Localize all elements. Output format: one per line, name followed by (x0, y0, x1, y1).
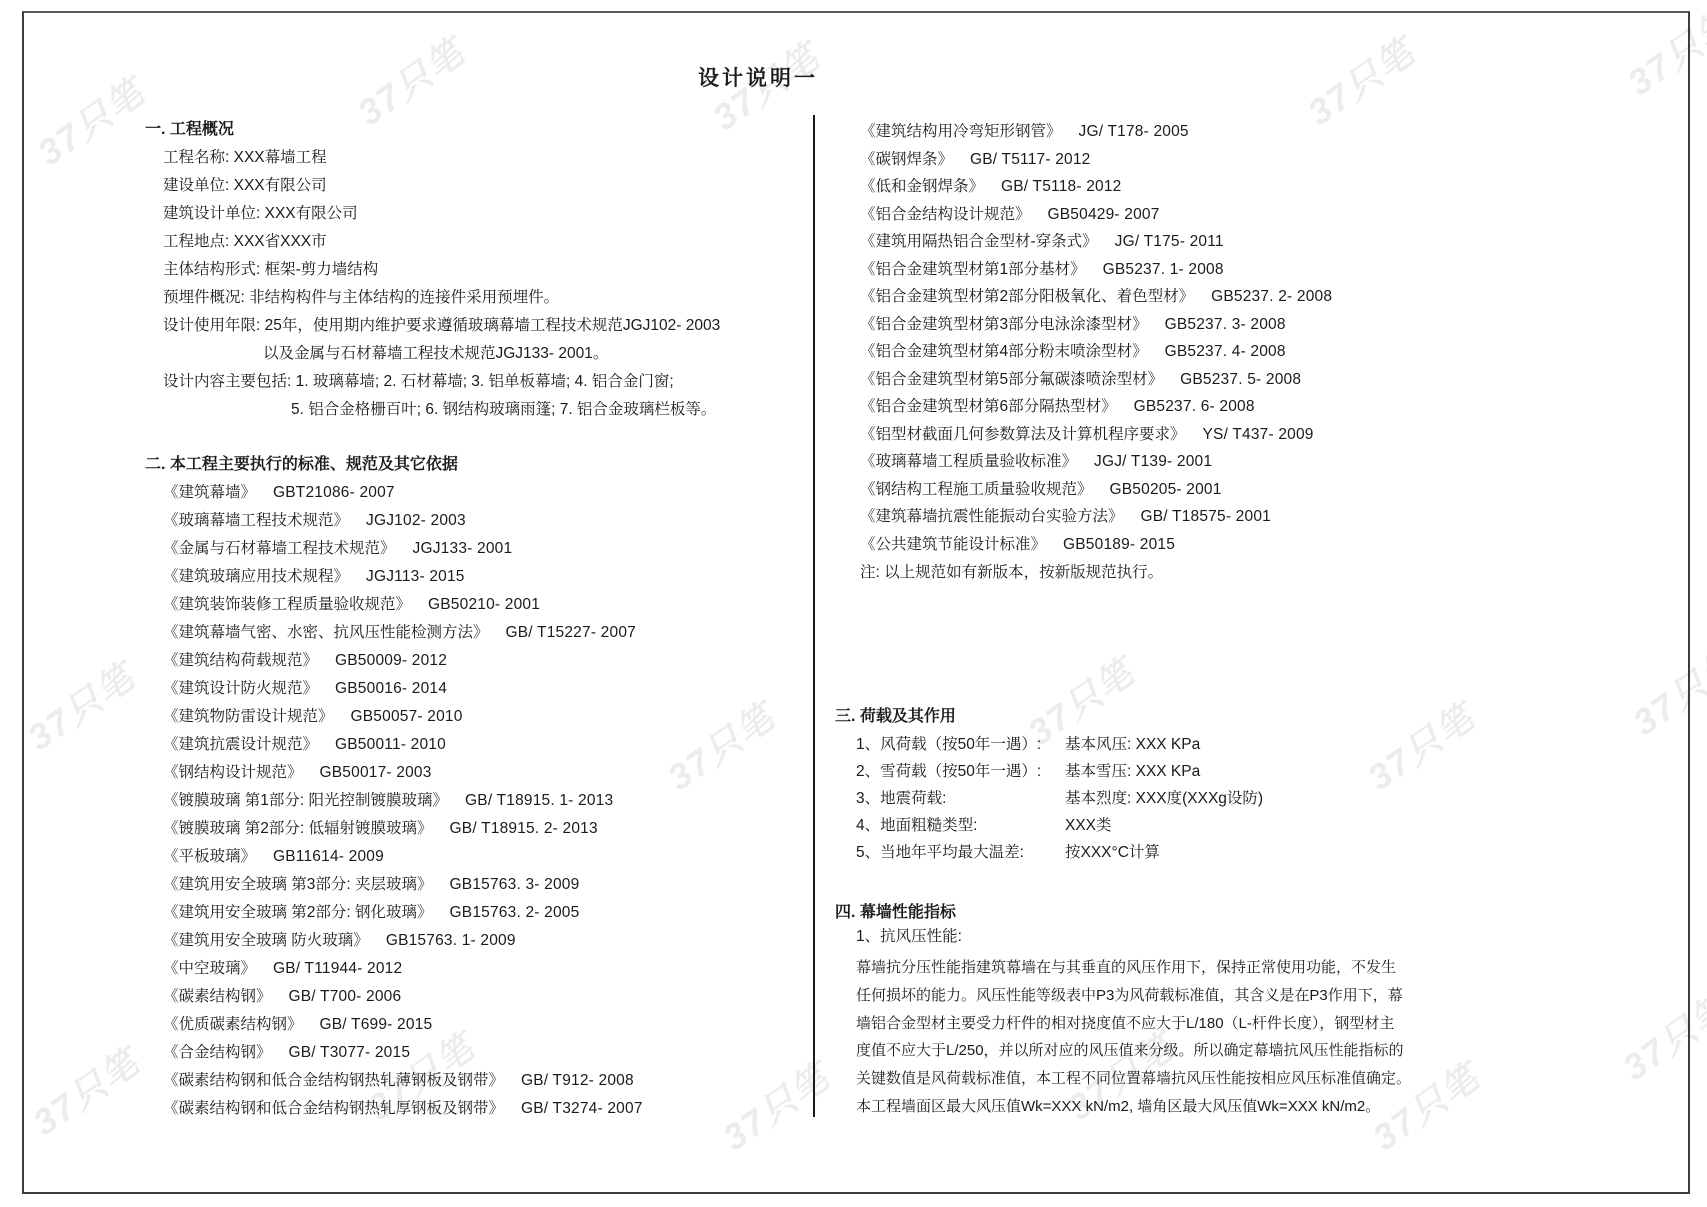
text-line: 5. 铝合金格栅百叶; 6. 钢结构玻璃雨篷; 7. 铝合金玻璃栏板等。 (163, 396, 720, 424)
standard-item: 《铝合金建筑型材第1部分基材》GB5237. 1- 2008 (860, 256, 1332, 284)
text-line: 设计使用年限: 25年，使用期内维护要求遵循玻璃幕墙工程技术规范JGJ102- … (163, 312, 720, 340)
standard-item: 《铝合金建筑型材第4部分粉末喷涂型材》GB5237. 4- 2008 (860, 338, 1332, 366)
section3-loads: 三. 荷载及其作用 1、风荷载（按50年一遇）: 基本风压: XXX KPa2、… (835, 703, 1041, 866)
standard-code: GB/ T5118- 2012 (1001, 178, 1121, 195)
standard-code: GB/ T11944- 2012 (273, 960, 402, 977)
standard-name: 《铝合金建筑型材第5部分氟碳漆喷涂型材》 (860, 371, 1163, 388)
standard-code: GB5237. 3- 2008 (1165, 316, 1286, 333)
standard-code: GB/ T3274- 2007 (521, 1100, 643, 1117)
load-row: 5、当地年平均最大温差: 按XXX°C计算 (856, 839, 1041, 866)
standard-code: GBT21086- 2007 (273, 484, 395, 501)
text-line: 任何损坏的能力。风压性能等级表中P3为风荷载标准值，其含义是在P3作用下，幕 (856, 982, 1411, 1010)
standard-code: GB/ T18575- 2001 (1141, 508, 1271, 525)
standard-code: JGJ113- 2015 (366, 568, 465, 585)
standard-code: YS/ T437- 2009 (1203, 426, 1314, 443)
load-row: 4、地面粗糙类型: XXX类 (856, 812, 1041, 839)
standard-item: 《建筑玻璃应用技术规程》JGJ113- 2015 (163, 563, 720, 591)
standard-name: 《建筑物防雷设计规范》 (163, 708, 334, 725)
load-value: 基本风压: XXX KPa (1065, 731, 1200, 758)
load-value: 按XXX°C计算 (1065, 839, 1160, 866)
page-title: 设计说明一 (0, 62, 1516, 92)
standard-name: 《镀膜玻璃 第2部分: 低辐射镀膜玻璃》 (163, 820, 433, 837)
section4-heading: 四. 幕墙性能指标 (835, 899, 956, 927)
standard-item: 《玻璃幕墙工程技术规范》JGJ102- 2003 (163, 507, 720, 535)
standard-name: 《镀膜玻璃 第1部分: 阳光控制镀膜玻璃》 (163, 792, 448, 809)
standard-code: GB/ T18915. 2- 2013 (450, 820, 598, 837)
standard-name: 《铝合金结构设计规范》 (860, 206, 1031, 223)
standard-name: 《建筑抗震设计规范》 (163, 736, 318, 753)
standard-name: 《建筑用安全玻璃 第3部分: 夹层玻璃》 (163, 876, 433, 893)
section1-lines: 工程名称: XXX幕墙工程建设单位: XXX有限公司建筑设计单位: XXX有限公… (145, 144, 720, 424)
load-rows: 1、风荷载（按50年一遇）: 基本风压: XXX KPa2、雪荷载（按50年一遇… (835, 731, 1041, 866)
standard-name: 《建筑幕墙气密、水密、抗风压性能检测方法》 (163, 624, 489, 641)
standard-code: JGJ/ T139- 2001 (1094, 453, 1212, 470)
standard-name: 《建筑结构用冷弯矩形钢管》 (860, 123, 1062, 140)
standard-item: 《碳素结构钢和低合金结构钢热轧厚钢板及钢带》GB/ T3274- 2007 (163, 1095, 720, 1123)
standard-code: JG/ T178- 2005 (1079, 123, 1189, 140)
text-line: 工程地点: XXX省XXX市 (163, 228, 720, 256)
load-row: 1、风荷载（按50年一遇）: 基本风压: XXX KPa (856, 731, 1041, 758)
standard-item: 《建筑抗震设计规范》GB50011- 2010 (163, 731, 720, 759)
standard-item: 《建筑幕墙气密、水密、抗风压性能检测方法》GB/ T15227- 2007 (163, 619, 720, 647)
load-value: 基本雪压: XXX KPa (1065, 758, 1200, 785)
text-line: 本工程墙面区最大风压值Wk=XXX kN/m2, 墙角区最大风压值Wk=XXX … (856, 1093, 1411, 1121)
standard-name: 《合金结构钢》 (163, 1044, 272, 1061)
right-standards-list: 《建筑结构用冷弯矩形钢管》JG/ T178- 2005《碳钢焊条》GB/ T51… (860, 118, 1332, 558)
text-line: 建设单位: XXX有限公司 (163, 172, 720, 200)
standard-item: 《中空玻璃》GB/ T11944- 2012 (163, 955, 720, 983)
standard-item: 《铝型材截面几何参数算法及计算机程序要求》YS/ T437- 2009 (860, 421, 1332, 449)
standard-code: GB15763. 2- 2005 (450, 904, 580, 921)
standard-code: JGJ102- 2003 (366, 512, 466, 529)
standard-code: GB50009- 2012 (335, 652, 447, 669)
standard-name: 《碳素结构钢和低合金结构钢热轧厚钢板及钢带》 (163, 1100, 504, 1117)
standard-item: 《低和金钢焊条》GB/ T5118- 2012 (860, 173, 1332, 201)
text-line: 以及金属与石材幕墙工程技术规范JGJ133- 2001。 (163, 340, 720, 368)
standard-name: 《公共建筑节能设计标准》 (860, 536, 1046, 553)
left-column: 一. 工程概况 工程名称: XXX幕墙工程建设单位: XXX有限公司建筑设计单位… (145, 116, 720, 1123)
load-label: 3、地震荷载: (856, 790, 946, 807)
standard-name: 《铝合金建筑型材第2部分阳极氧化、着色型材》 (860, 288, 1194, 305)
standard-name: 《铝合金建筑型材第3部分电泳涂漆型材》 (860, 316, 1148, 333)
standard-item: 《建筑用安全玻璃 第3部分: 夹层玻璃》GB15763. 3- 2009 (163, 871, 720, 899)
standard-name: 《建筑幕墙抗震性能振动台实验方法》 (860, 508, 1124, 525)
standard-code: GB50189- 2015 (1063, 536, 1175, 553)
standard-code: GB/ T700- 2006 (289, 988, 402, 1005)
standard-name: 《碳素结构钢和低合金结构钢热轧薄钢板及钢带》 (163, 1072, 504, 1089)
standard-item: 《碳钢焊条》GB/ T5117- 2012 (860, 146, 1332, 174)
standard-code: GB11614- 2009 (273, 848, 384, 865)
standard-code: GB50205- 2001 (1110, 481, 1222, 498)
standard-item: 《碳素结构钢》GB/ T700- 2006 (163, 983, 720, 1011)
standard-code: GB/ T3077- 2015 (289, 1044, 411, 1061)
section3-heading: 三. 荷载及其作用 (835, 703, 1041, 731)
standard-item: 《铝合金建筑型材第3部分电泳涂漆型材》GB5237. 3- 2008 (860, 311, 1332, 339)
load-label: 2、雪荷载（按50年一遇）: (856, 763, 1041, 780)
standard-name: 《建筑设计防火规范》 (163, 680, 318, 697)
standard-code: GB5237. 6- 2008 (1134, 398, 1255, 415)
standard-item: 《建筑用隔热铝合金型材-穿条式》JG/ T175- 2011 (860, 228, 1332, 256)
load-label: 5、当地年平均最大温差: (856, 844, 1024, 861)
standard-code: GB50011- 2010 (335, 736, 446, 753)
load-value: 基本烈度: XXX度(XXXg设防) (1065, 785, 1263, 812)
standard-name: 《优质碳素结构钢》 (163, 1016, 303, 1033)
right-column-standards: 《建筑结构用冷弯矩形钢管》JG/ T178- 2005《碳钢焊条》GB/ T51… (860, 118, 1332, 587)
standard-item: 《玻璃幕墙工程质量验收标准》JGJ/ T139- 2001 (860, 448, 1332, 476)
standard-item: 《建筑结构荷载规范》GB50009- 2012 (163, 647, 720, 675)
standard-name: 《建筑装饰装修工程质量验收规范》 (163, 596, 411, 613)
standard-name: 《建筑用安全玻璃 防火玻璃》 (163, 932, 369, 949)
standard-code: GB/ T18915. 1- 2013 (465, 792, 613, 809)
section4-subheading: 1、抗风压性能: (856, 925, 962, 949)
section2-heading: 二. 本工程主要执行的标准、规范及其它依据 (145, 451, 720, 479)
standard-name: 《铝型材截面几何参数算法及计算机程序要求》 (860, 426, 1186, 443)
standard-name: 《玻璃幕墙工程质量验收标准》 (860, 453, 1077, 470)
section2-standards-list: 《建筑幕墙》GBT21086- 2007《玻璃幕墙工程技术规范》JGJ102- … (145, 479, 720, 1123)
section4-paragraph: 幕墙抗分压性能指建筑幕墙在与其垂直的风压作用下，保持正常使用功能，不发生任何损坏… (856, 954, 1411, 1121)
standard-item: 《合金结构钢》GB/ T3077- 2015 (163, 1039, 720, 1067)
standard-name: 《建筑用隔热铝合金型材-穿条式》 (860, 233, 1098, 250)
standard-item: 《建筑用安全玻璃 第2部分: 钢化玻璃》GB15763. 2- 2005 (163, 899, 720, 927)
standard-name: 《钢结构设计规范》 (163, 764, 303, 781)
standard-code: GB50429- 2007 (1048, 206, 1160, 223)
text-line: 设计内容主要包括: 1. 玻璃幕墙; 2. 石材幕墙; 3. 铝单板幕墙; 4.… (163, 368, 720, 396)
standard-name: 《建筑用安全玻璃 第2部分: 钢化玻璃》 (163, 904, 433, 921)
column-divider (813, 115, 815, 1117)
standard-code: GB/ T912- 2008 (521, 1072, 634, 1089)
standard-code: GB/ T699- 2015 (320, 1016, 433, 1033)
standard-code: GB15763. 3- 2009 (450, 876, 580, 893)
standard-item: 《建筑幕墙》GBT21086- 2007 (163, 479, 720, 507)
load-label: 1、风荷载（按50年一遇）: (856, 736, 1041, 753)
standard-item: 《钢结构工程施工质量验收规范》GB50205- 2001 (860, 476, 1332, 504)
standard-item: 《建筑设计防火规范》GB50016- 2014 (163, 675, 720, 703)
standard-item: 《建筑幕墙抗震性能振动台实验方法》GB/ T18575- 2001 (860, 503, 1332, 531)
text-line: 关键数值是风荷载标准值，本工程不同位置幕墙抗风压性能按相应风压标准值确定。 (856, 1065, 1411, 1093)
standard-code: GB50057- 2010 (351, 708, 463, 725)
standard-code: GB5237. 5- 2008 (1180, 371, 1301, 388)
standard-name: 《碳钢焊条》 (860, 151, 953, 168)
standard-code: GB/ T15227- 2007 (506, 624, 636, 641)
standard-code: GB/ T5117- 2012 (970, 151, 1090, 168)
load-label: 4、地面粗糙类型: (856, 817, 977, 834)
standard-item: 《平板玻璃》GB11614- 2009 (163, 843, 720, 871)
standard-item: 《金属与石材幕墙工程技术规范》JGJ133- 2001 (163, 535, 720, 563)
standard-name: 《钢结构工程施工质量验收规范》 (860, 481, 1093, 498)
standard-item: 《公共建筑节能设计标准》GB50189- 2015 (860, 531, 1332, 559)
standard-code: GB5237. 1- 2008 (1103, 261, 1224, 278)
standard-code: GB5237. 2- 2008 (1211, 288, 1332, 305)
standard-item: 《建筑物防雷设计规范》GB50057- 2010 (163, 703, 720, 731)
standard-item: 《镀膜玻璃 第1部分: 阳光控制镀膜玻璃》GB/ T18915. 1- 2013 (163, 787, 720, 815)
standard-code: GB50017- 2003 (320, 764, 432, 781)
text-line: 工程名称: XXX幕墙工程 (163, 144, 720, 172)
standard-item: 《铝合金建筑型材第6部分隔热型材》GB5237. 6- 2008 (860, 393, 1332, 421)
standard-name: 《金属与石材幕墙工程技术规范》 (163, 540, 396, 557)
standard-item: 《铝合金建筑型材第5部分氟碳漆喷涂型材》GB5237. 5- 2008 (860, 366, 1332, 394)
standard-code: GB50016- 2014 (335, 680, 447, 697)
standard-name: 《平板玻璃》 (163, 848, 256, 865)
text-line: 建筑设计单位: XXX有限公司 (163, 200, 720, 228)
standard-item: 《钢结构设计规范》GB50017- 2003 (163, 759, 720, 787)
standard-code: GB50210- 2001 (428, 596, 540, 613)
standard-item: 《铝合金建筑型材第2部分阳极氧化、着色型材》GB5237. 2- 2008 (860, 283, 1332, 311)
standard-item: 《镀膜玻璃 第2部分: 低辐射镀膜玻璃》GB/ T18915. 2- 2013 (163, 815, 720, 843)
load-value: XXX类 (1065, 812, 1112, 839)
text-line: 预埋件概况: 非结构构件与主体结构的连接件采用预埋件。 (163, 284, 720, 312)
standard-name: 《建筑玻璃应用技术规程》 (163, 568, 349, 585)
load-row: 3、地震荷载: 基本烈度: XXX度(XXXg设防) (856, 785, 1041, 812)
standards-note: 注: 以上规范如有新版本，按新版规范执行。 (860, 559, 1332, 587)
standard-item: 《铝合金结构设计规范》GB50429- 2007 (860, 201, 1332, 229)
standard-code: JGJ133- 2001 (413, 540, 513, 557)
design-notes-sheet: { "page": { "title": "设计说明一" }, "waterma… (0, 0, 1707, 1207)
text-line: 墙铝合金型材主要受力杆件的相对挠度值不应大于L/180（L-杆件长度），钢型材主 (856, 1010, 1411, 1038)
section1-heading: 一. 工程概况 (145, 116, 720, 144)
text-line: 幕墙抗分压性能指建筑幕墙在与其垂直的风压作用下，保持正常使用功能，不发生 (856, 954, 1411, 982)
standard-name: 《玻璃幕墙工程技术规范》 (163, 512, 349, 529)
standard-code: GB5237. 4- 2008 (1165, 343, 1286, 360)
standard-item: 《建筑装饰装修工程质量验收规范》GB50210- 2001 (163, 591, 720, 619)
text-line: 度值不应大于L/250，并以所对应的风压值来分级。所以确定幕墙抗风压性能指标的 (856, 1037, 1411, 1065)
standard-name: 《铝合金建筑型材第1部分基材》 (860, 261, 1086, 278)
standard-name: 《碳素结构钢》 (163, 988, 272, 1005)
standard-name: 《铝合金建筑型材第6部分隔热型材》 (860, 398, 1117, 415)
standard-item: 《建筑用安全玻璃 防火玻璃》GB15763. 1- 2009 (163, 927, 720, 955)
standard-code: JG/ T175- 2011 (1115, 233, 1224, 250)
standard-name: 《铝合金建筑型材第4部分粉末喷涂型材》 (860, 343, 1148, 360)
standard-name: 《建筑结构荷载规范》 (163, 652, 318, 669)
text-line: 主体结构形式: 框架-剪力墙结构 (163, 256, 720, 284)
standard-name: 《中空玻璃》 (163, 960, 256, 977)
standard-code: GB15763. 1- 2009 (386, 932, 516, 949)
standard-name: 《建筑幕墙》 (163, 484, 256, 501)
standard-item: 《建筑结构用冷弯矩形钢管》JG/ T178- 2005 (860, 118, 1332, 146)
load-row: 2、雪荷载（按50年一遇）: 基本雪压: XXX KPa (856, 758, 1041, 785)
standard-item: 《优质碳素结构钢》GB/ T699- 2015 (163, 1011, 720, 1039)
standard-item: 《碳素结构钢和低合金结构钢热轧薄钢板及钢带》GB/ T912- 2008 (163, 1067, 720, 1095)
standard-name: 《低和金钢焊条》 (860, 178, 984, 195)
